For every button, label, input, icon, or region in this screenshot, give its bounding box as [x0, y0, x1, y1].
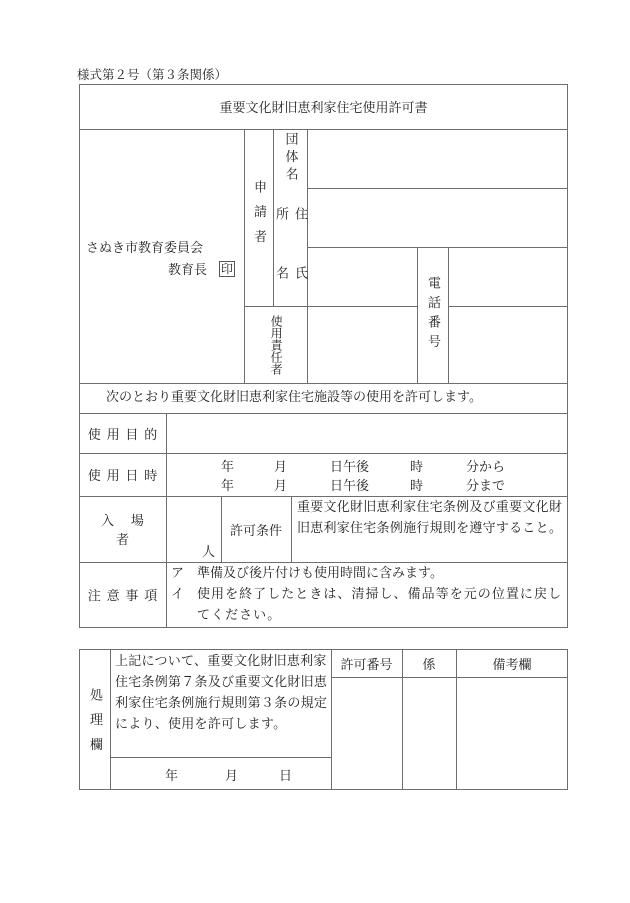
document-title: 重要文化財旧恵利家住宅使用許可書 — [79, 84, 568, 129]
conditions-text: 重要文化財旧恵利家住宅条例及び重要文化財旧恵利家住宅条例施行規則を遵守すること。 — [297, 497, 565, 539]
addressee-org: さぬき市教育委員会 — [86, 237, 203, 256]
attendees-count-field[interactable]: 人 — [167, 497, 221, 562]
processing-month: 月 — [225, 765, 238, 784]
permission-statement: 次のとおり重要文化財旧恵利家住宅施設等の使用を許可します。 — [106, 383, 482, 413]
processing-date[interactable]: 年 月 日 — [110, 757, 331, 790]
form-number-label: 様式第２号（第３条関係） — [77, 65, 227, 83]
group-name-field[interactable] — [308, 130, 567, 188]
staff-field[interactable] — [403, 678, 456, 789]
to-hour: 時 — [410, 475, 423, 494]
staff-header: 係 — [402, 649, 456, 677]
permit-number-header: 許可番号 — [331, 649, 402, 677]
applicant-group-label: 申請者 — [244, 129, 273, 306]
notes-list: ア 準備及び後片付けも使用時間に含みます。 イ 使用を終了したときは、清掃し、備… — [171, 563, 565, 626]
phone-label: 電話番号 — [417, 247, 448, 383]
attendees-unit: 人 — [202, 541, 215, 560]
remarks-field[interactable] — [457, 678, 567, 789]
processing-label: 処理欄 — [79, 649, 110, 790]
processing-year: 年 — [165, 765, 178, 784]
processing-day: 日 — [279, 765, 292, 784]
notes-label: 注意事項 — [79, 562, 166, 627]
purpose-label: 使用目的 — [79, 413, 166, 453]
responsible-person-label: 使用責任者 — [244, 306, 307, 383]
phone-field[interactable] — [449, 248, 567, 306]
responsible-person-field[interactable] — [308, 307, 417, 383]
from-hour: 時 — [410, 456, 423, 475]
addressee-position-block: 教育長 印 — [168, 259, 235, 278]
note-mark: ア — [171, 563, 197, 584]
conditions-label: 許可条件 — [221, 496, 291, 562]
datetime-from[interactable]: 年 月 日午後 時 分から — [166, 456, 567, 474]
datetime-label: 使用日時 — [79, 453, 166, 496]
addressee-position: 教育長 — [168, 259, 207, 278]
datetime-to[interactable]: 年 月 日午後 時 分まで — [166, 475, 567, 493]
address-label: 住所 — [273, 188, 307, 247]
seal-mark: 印 — [219, 261, 235, 277]
from-month: 月 — [274, 456, 287, 475]
responsible-phone-field[interactable] — [449, 307, 567, 383]
to-month: 月 — [274, 475, 287, 494]
note-text: 使用を終了したときは、清掃し、備品等を元の位置に戻してください。 — [184, 584, 565, 626]
permit-number-field[interactable] — [332, 678, 402, 789]
note-item: ア 準備及び後片付けも使用時間に含みます。 — [171, 563, 565, 584]
note-item: イ 使用を終了したときは、清掃し、備品等を元の位置に戻してください。 — [171, 584, 565, 626]
name-label: 氏名 — [273, 247, 307, 306]
purpose-field[interactable] — [167, 414, 567, 453]
processing-approval-text: 上記について、重要文化財旧恵利家住宅条例第７条及び重要文化財旧恵利家住宅条例施行… — [115, 651, 329, 735]
from-day-pm: 日午後 — [330, 456, 369, 475]
address-field[interactable] — [308, 189, 567, 247]
remarks-header: 備考欄 — [456, 649, 568, 677]
to-year: 年 — [221, 475, 234, 494]
note-text: 準備及び後片付けも使用時間に含みます。 — [197, 563, 443, 584]
to-day-pm: 日午後 — [330, 475, 369, 494]
from-year: 年 — [221, 456, 234, 475]
name-field[interactable] — [308, 248, 417, 306]
from-minute: 分から — [466, 456, 505, 475]
attendees-label: 入場者 — [79, 496, 166, 562]
group-name-label: 団体名 — [273, 129, 307, 188]
to-minute: 分まで — [466, 475, 505, 494]
